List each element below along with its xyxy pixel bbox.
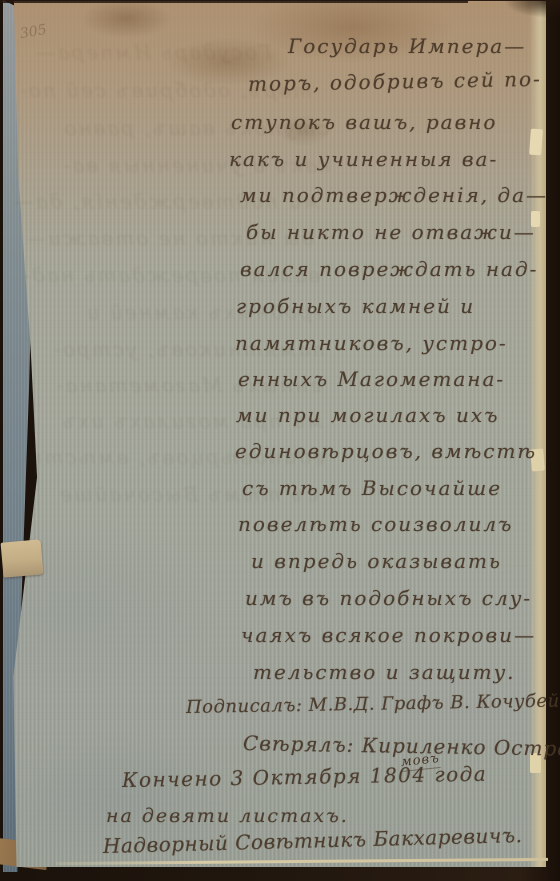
text-line: чаяхъ всякое покрови— xyxy=(241,623,536,647)
text-line: гробныхъ камней и xyxy=(236,294,475,318)
text-line: бы никто не отважи— xyxy=(246,220,536,244)
text-line: вался повреждать над- xyxy=(240,257,538,281)
text-line: Надворный Совѣтникъ Бакхаревичъ. xyxy=(103,823,523,858)
faint-page-number: 305 xyxy=(19,22,48,42)
text-line: памятниковъ, устро- xyxy=(235,331,508,355)
text-line: ми подтвержденія, да— xyxy=(240,183,548,207)
photo-corner-shadow xyxy=(486,0,560,30)
text-line: повелѣть соизволилъ xyxy=(238,512,513,536)
text-line: Государь Импера— xyxy=(288,34,526,58)
photo-top-shadow xyxy=(0,0,468,3)
text-line: какъ и учиненныя ва- xyxy=(229,147,498,171)
manuscript-lines: 305 мовъ Государь Импера—торъ, одобривъ … xyxy=(0,0,560,881)
text-line: единовѣрцовъ, вмѣстѣ xyxy=(235,439,537,463)
document-photo: Государь Импера—торъ, одобривъ сей по-ст… xyxy=(0,0,560,881)
text-line: Подписалъ: М.В.Д. Графъ В. Кочубей. xyxy=(186,690,560,718)
text-line: на девяти листахъ. xyxy=(106,805,349,827)
text-line: ступокъ вашъ, равно xyxy=(231,110,497,134)
text-line: ми при могилахъ ихъ xyxy=(236,403,499,427)
text-line: и впредь оказывать xyxy=(251,549,502,573)
text-line: торъ, одобривъ сей по- xyxy=(248,67,542,96)
text-line: съ тѣмъ Высочайше xyxy=(242,476,502,500)
text-line: имъ въ подобныхъ слу- xyxy=(245,586,532,610)
text-line: енныхъ Магометана- xyxy=(238,367,505,391)
text-line: тельство и защиту. xyxy=(253,660,516,684)
